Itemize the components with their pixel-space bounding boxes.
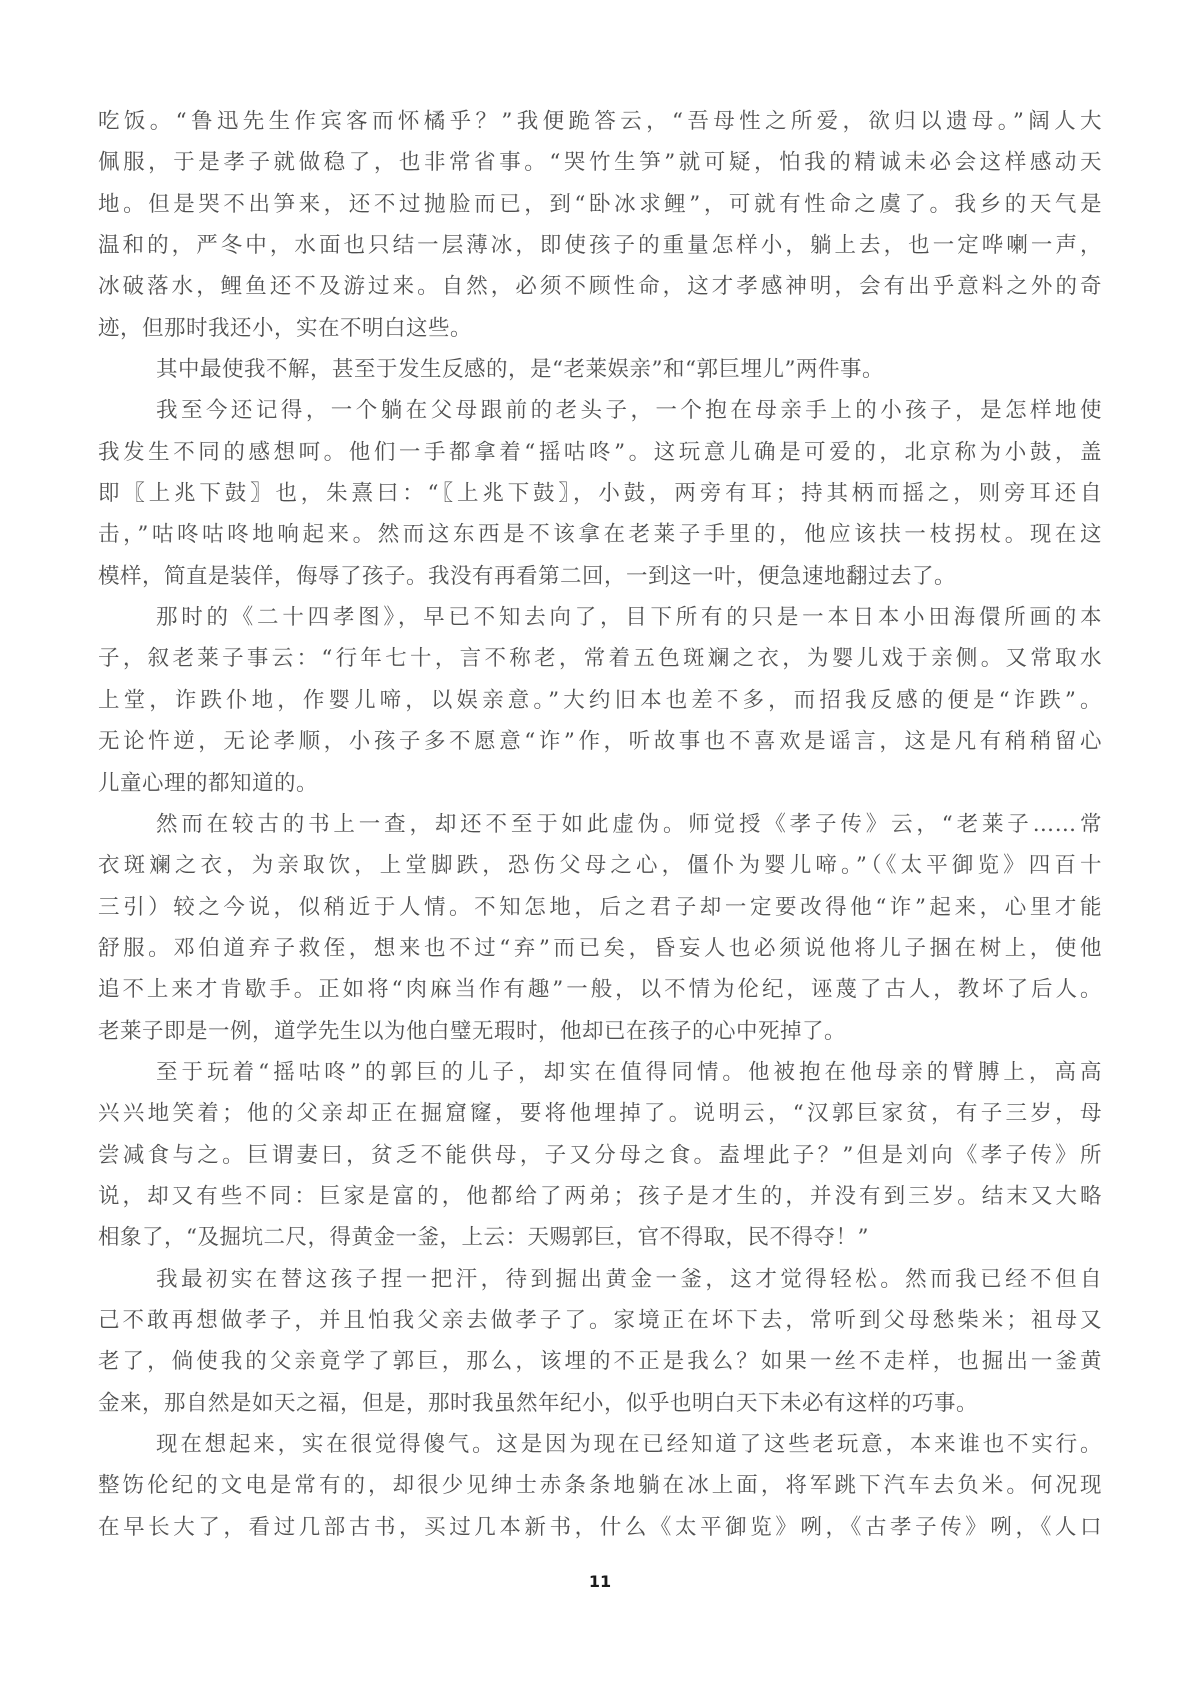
text-line: 尝减食与之。巨谓妻曰，贫乏不能供母，子又分母之食。盍埋此子？”但是刘向《孝子传》… [98,1135,1102,1176]
text-line: 我至今还记得，一个躺在父母跟前的老头子，一个抱在母亲手上的小孩子，是怎样地使 [98,390,1102,431]
text-line: 无论忤逆，无论孝顺，小孩子多不愿意“诈”作，听故事也不喜欢是谣言，这是凡有稍稍留… [98,721,1102,762]
text-line: 现在想起来，实在很觉得傻气。这是因为现在已经知道了这些老玩意，本来谁也不实行。 [98,1424,1102,1465]
text-line: 吃饭。“鲁迅先生作宾客而怀橘乎？”我便跪答云，“吾母性之所爱，欲归以遗母。”阔人… [98,101,1102,142]
text-line: 佩服，于是孝子就做稳了，也非常省事。“哭竹生笋”就可疑，怕我的精诚未必会这样感动… [98,142,1102,183]
text-line: 即〖上兆下鼓〗也，朱熹曰：“〖上兆下鼓〗，小鼓，两旁有耳；持其柄而摇之，则旁耳还… [98,473,1102,514]
text-line: 模样，简直是装佯，侮辱了孩子。我没有再看第二回，一到这一叶，便急速地翻过去了。 [98,556,1102,597]
page-number: 11 [0,1572,1200,1591]
text-line: 子，叙老莱子事云：“行年七十，言不称老，常着五色斑斓之衣，为婴儿戏于亲侧。又常取… [98,638,1102,679]
text-line: 三引）较之今说，似稍近于人情。不知怎地，后之君子却一定要改得他“诈”起来，心里才… [98,887,1102,928]
text-line: 冰破落水，鲤鱼还不及游过来。自然，必须不顾性命，这才孝感神明，会有出乎意料之外的… [98,266,1102,307]
text-line: 整饬伦纪的文电是常有的，却很少见绅士赤条条地躺在冰上面，将军跳下汽车去负米。何况… [98,1465,1102,1506]
text-line: 衣斑斓之衣，为亲取饮，上堂脚跌，恐伤父母之心，僵仆为婴儿啼。”（《太平御览》四百… [98,845,1102,886]
text-line: 追不上来才肯歇手。正如将“肉麻当作有趣”一般，以不情为伦纪，诬蔑了古人，教坏了后… [98,969,1102,1010]
text-line: 击，”咕咚咕咚地响起来。然而这东西是不该拿在老莱子手里的，他应该扶一枝拐杖。现在… [98,514,1102,555]
text-line: 至于玩着“摇咕咚”的郭巨的儿子，却实在值得同情。他被抱在他母亲的臂膊上，高高 [98,1052,1102,1093]
text-line: 舒服。邓伯道弃子救侄，想来也不过“弃”而已矣，昏妄人也必须说他将儿子捆在树上，使… [98,928,1102,969]
text-line: 相象了，“及掘坑二尺，得黄金一釜，上云：天赐郭巨，官不得取，民不得夺！” [98,1217,1102,1258]
text-line: 上堂，诈跌仆地，作婴儿啼，以娱亲意。”大约旧本也差不多，而招我反感的便是“诈跌”… [98,680,1102,721]
text-line: 老了，倘使我的父亲竟学了郭巨，那么，该埋的不正是我么？如果一丝不走样，也掘出一釜… [98,1341,1102,1382]
text-line: 我发生不同的感想呵。他们一手都拿着“摇咕咚”。这玩意儿确是可爱的，北京称为小鼓，… [98,432,1102,473]
text-line: 儿童心理的都知道的。 [98,763,1102,804]
text-line: 在早长大了，看过几部古书，买过几本新书，什么《太平御览》咧，《古孝子传》咧，《人… [98,1507,1102,1548]
text-block: 吃饭。“鲁迅先生作宾客而怀橘乎？”我便跪答云，“吾母性之所爱，欲归以遗母。”阔人… [98,101,1102,1548]
text-line: 地。但是哭不出笋来，还不过抛脸而已，到“卧冰求鲤”，可就有性命之虞了。我乡的天气… [98,184,1102,225]
text-line: 兴兴地笑着；他的父亲却正在掘窟窿，要将他埋掉了。说明云，“汉郭巨家贫，有子三岁，… [98,1093,1102,1134]
text-line: 其中最使我不解，甚至于发生反感的，是“老莱娱亲”和“郭巨埋儿”两件事。 [98,349,1102,390]
text-line: 迹，但那时我还小，实在不明白这些。 [98,308,1102,349]
text-line: 说，却又有些不同：巨家是富的，他都给了两弟；孩子是才生的，并没有到三岁。结末又大… [98,1176,1102,1217]
document-page: 吃饭。“鲁迅先生作宾客而怀橘乎？”我便跪答云，“吾母性之所爱，欲归以遗母。”阔人… [0,0,1200,1697]
text-line: 己不敢再想做孝子，并且怕我父亲去做孝子了。家境正在坏下去，常听到父母愁柴米；祖母… [98,1300,1102,1341]
text-line: 那时的《二十四孝图》，早已不知去向了，目下所有的只是一本日本小田海儇所画的本 [98,597,1102,638]
text-line: 金来，那自然是如天之福，但是，那时我虽然年纪小，似乎也明白天下未必有这样的巧事。 [98,1383,1102,1424]
text-line: 老莱子即是一例，道学先生以为他白璧无瑕时，他却已在孩子的心中死掉了。 [98,1011,1102,1052]
text-line: 温和的，严冬中，水面也只结一层薄冰，即使孩子的重量怎样小，躺上去，也一定哗喇一声… [98,225,1102,266]
text-line: 然而在较古的书上一查，却还不至于如此虚伪。师觉授《孝子传》云，“老莱子……常 [98,804,1102,845]
text-line: 我最初实在替这孩子捏一把汗，待到掘出黄金一釜，这才觉得轻松。然而我已经不但自 [98,1259,1102,1300]
